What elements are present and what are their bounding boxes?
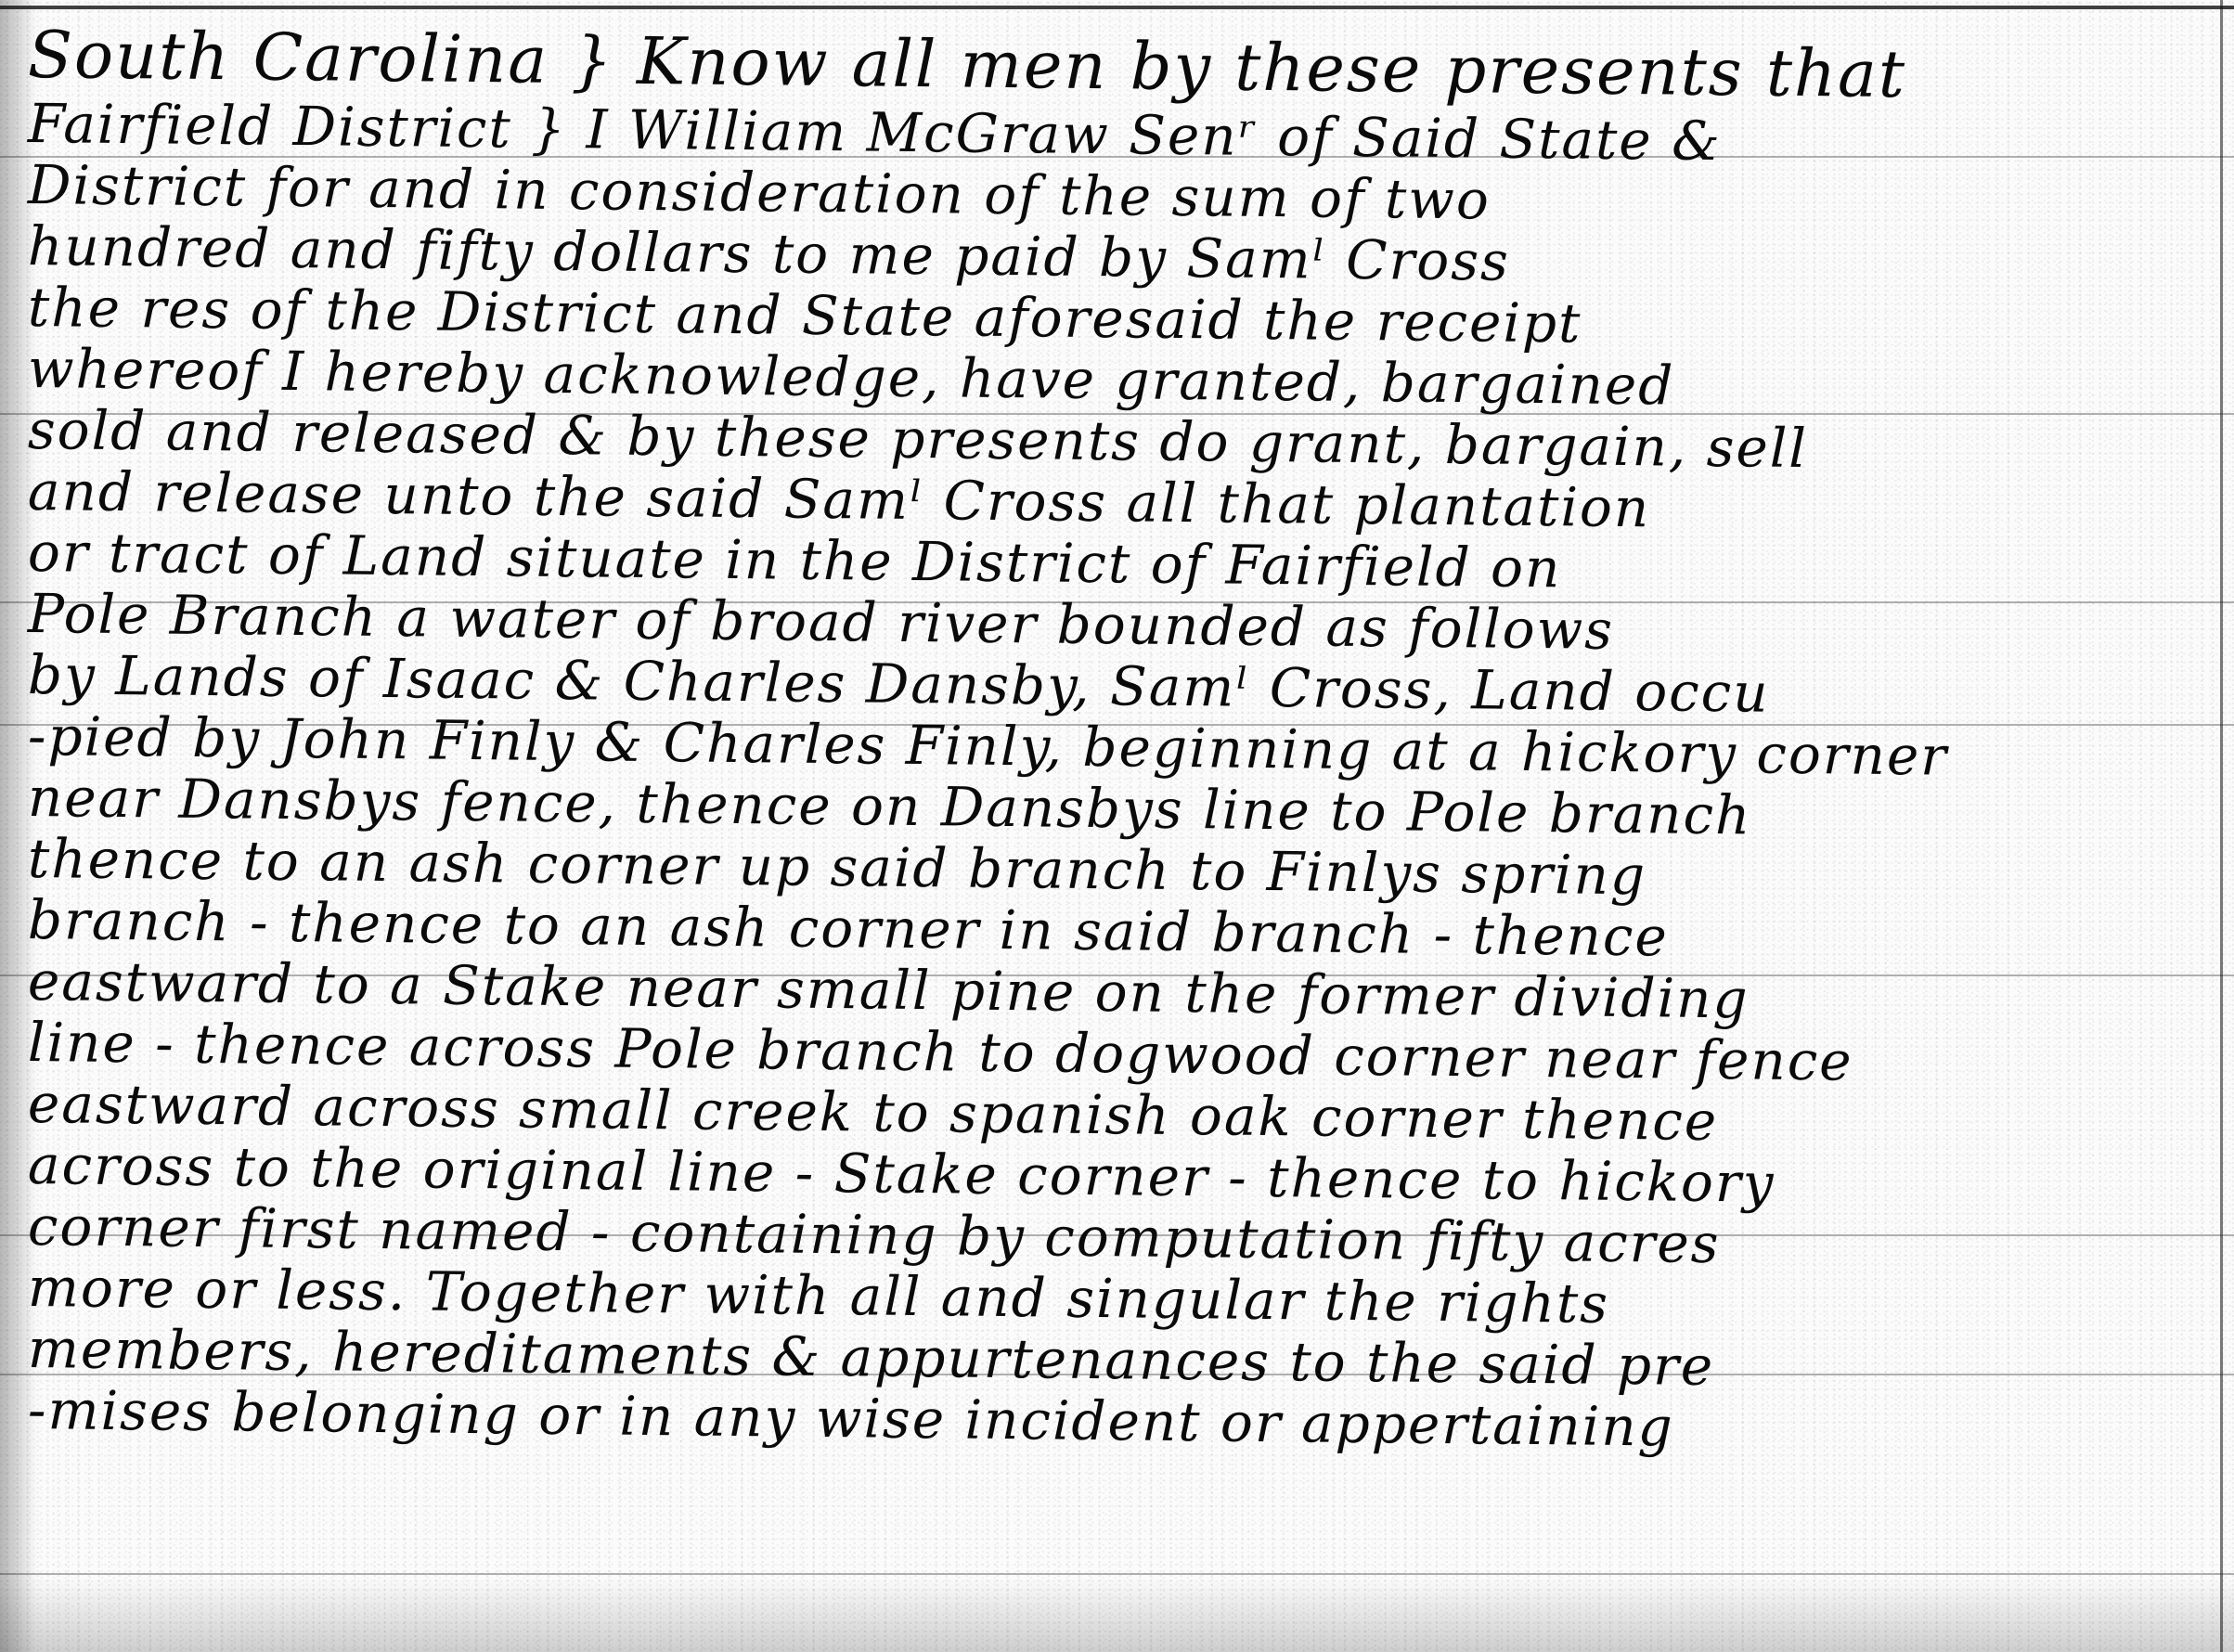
scan-edge-shadow-bottom [0,1578,2234,1652]
handwritten-text-block: South Carolina } Know all men by these p… [28,17,2218,1440]
scan-edge-shadow-left [0,0,37,1652]
ruled-line [0,1573,2234,1575]
top-page-rule [0,6,2234,9]
scanned-deed-page: South Carolina } Know all men by these p… [0,0,2234,1652]
right-margin-line [2220,0,2223,1652]
